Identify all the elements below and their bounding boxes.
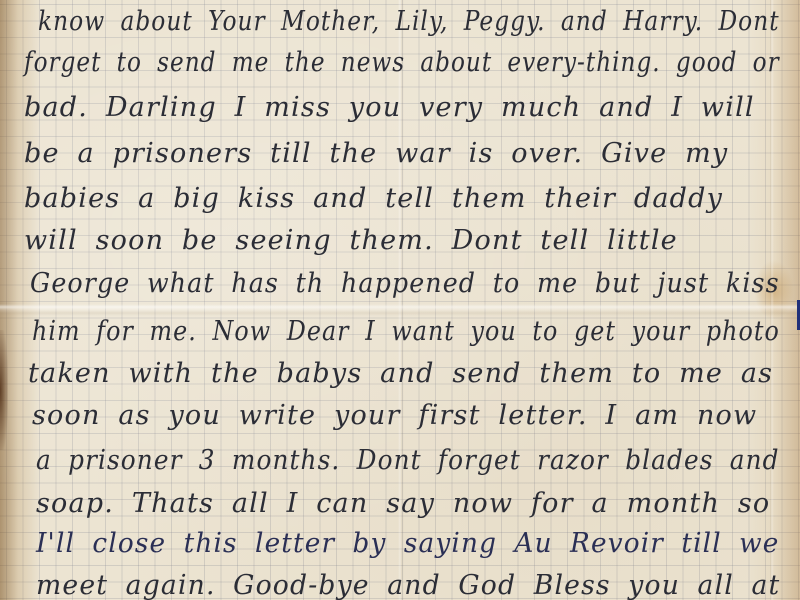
letter-page: know about Your Mother, Lily, Peggy. and… — [0, 0, 800, 600]
letter-line-13: I'll close this letter by saying Au Revo… — [36, 530, 780, 557]
letter-line-9: taken with the babys and send them to me… — [28, 360, 773, 387]
letter-body: know about Your Mother, Lily, Peggy. and… — [0, 0, 800, 600]
letter-line-1: know about Your Mother, Lily, Peggy. and… — [38, 8, 780, 35]
letter-line-14: meet again. Good-bye and God Bless you a… — [36, 572, 780, 599]
letter-line-4: be a prisoners till the war is over. Giv… — [24, 140, 728, 167]
letter-line-2: forget to send me the news about every-t… — [24, 49, 780, 76]
letter-line-10: soon as you write your first letter. I a… — [32, 402, 757, 429]
letter-line-6: will soon be seeing them. Dont tell litt… — [24, 227, 678, 254]
letter-line-8: him for me. Now Dear I want you to get y… — [32, 318, 780, 345]
letter-line-12: soap. Thats all I can say now for a mont… — [36, 490, 770, 517]
letter-line-7: George what has th happened to me but ju… — [30, 270, 780, 297]
letter-line-11: a prisoner 3 months. Dont forget razor b… — [36, 447, 780, 474]
letter-line-3: bad. Darling I miss you very much and I … — [24, 94, 755, 121]
letter-line-5: babies a big kiss and tell them their da… — [24, 185, 723, 212]
